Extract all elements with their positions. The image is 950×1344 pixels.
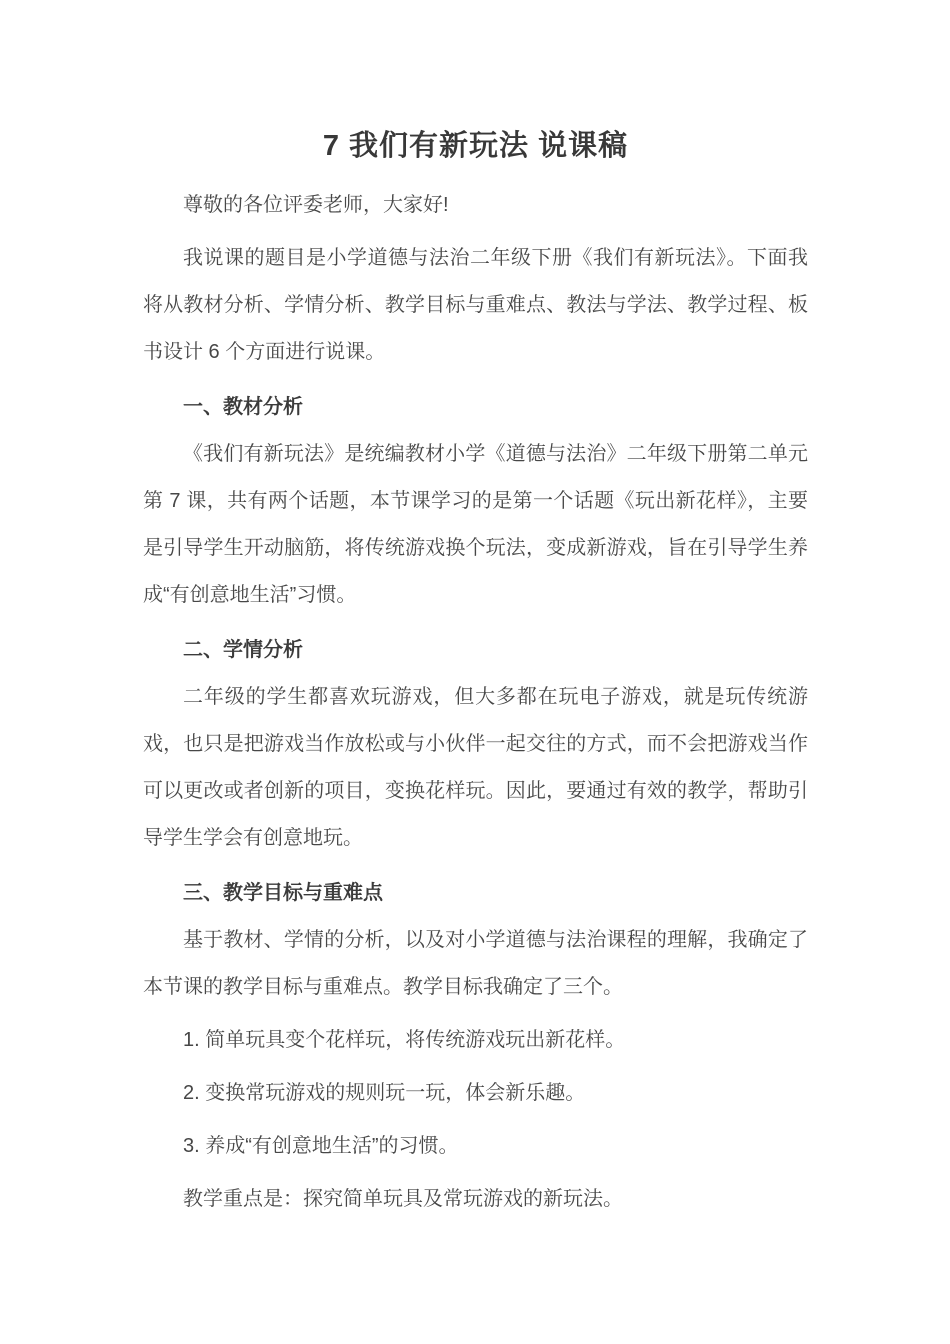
paragraph-intro: 我说课的题目是小学道德与法治二年级下册《我们有新玩法》。下面我将从教材分析、学情… (143, 235, 808, 376)
paragraph-teaching-focus: 教学重点是：探究简单玩具及常玩游戏的新玩法。 (143, 1176, 808, 1223)
section-heading-learner-analysis: 二、学情分析 (143, 627, 808, 674)
paragraph-objectives-intro: 基于教材、学情的分析，以及对小学道德与法治课程的理解，我确定了本节课的教学目标与… (143, 917, 808, 1011)
document-page: 7 我们有新玩法 说课稿 尊敬的各位评委老师，大家好! 我说课的题目是小学道德与… (0, 0, 950, 1344)
paragraph-textbook-analysis: 《我们有新玩法》是统编教材小学《道德与法治》二年级下册第二单元第 7 课，共有两… (143, 431, 808, 619)
list-item-objective-2: 2. 变换常玩游戏的规则玩一玩，体会新乐趣。 (143, 1070, 808, 1117)
list-item-objective-3: 3. 养成“有创意地生活”的习惯。 (143, 1123, 808, 1170)
list-item-objective-1: 1. 简单玩具变个花样玩，将传统游戏玩出新花样。 (143, 1017, 808, 1064)
paragraph-greeting: 尊敬的各位评委老师，大家好! (143, 182, 808, 229)
document-title: 7 我们有新玩法 说课稿 (143, 128, 808, 164)
paragraph-learner-analysis: 二年级的学生都喜欢玩游戏，但大多都在玩电子游戏，就是玩传统游戏，也只是把游戏当作… (143, 674, 808, 862)
section-heading-objectives: 三、教学目标与重难点 (143, 870, 808, 917)
section-heading-textbook-analysis: 一、教材分析 (143, 384, 808, 431)
